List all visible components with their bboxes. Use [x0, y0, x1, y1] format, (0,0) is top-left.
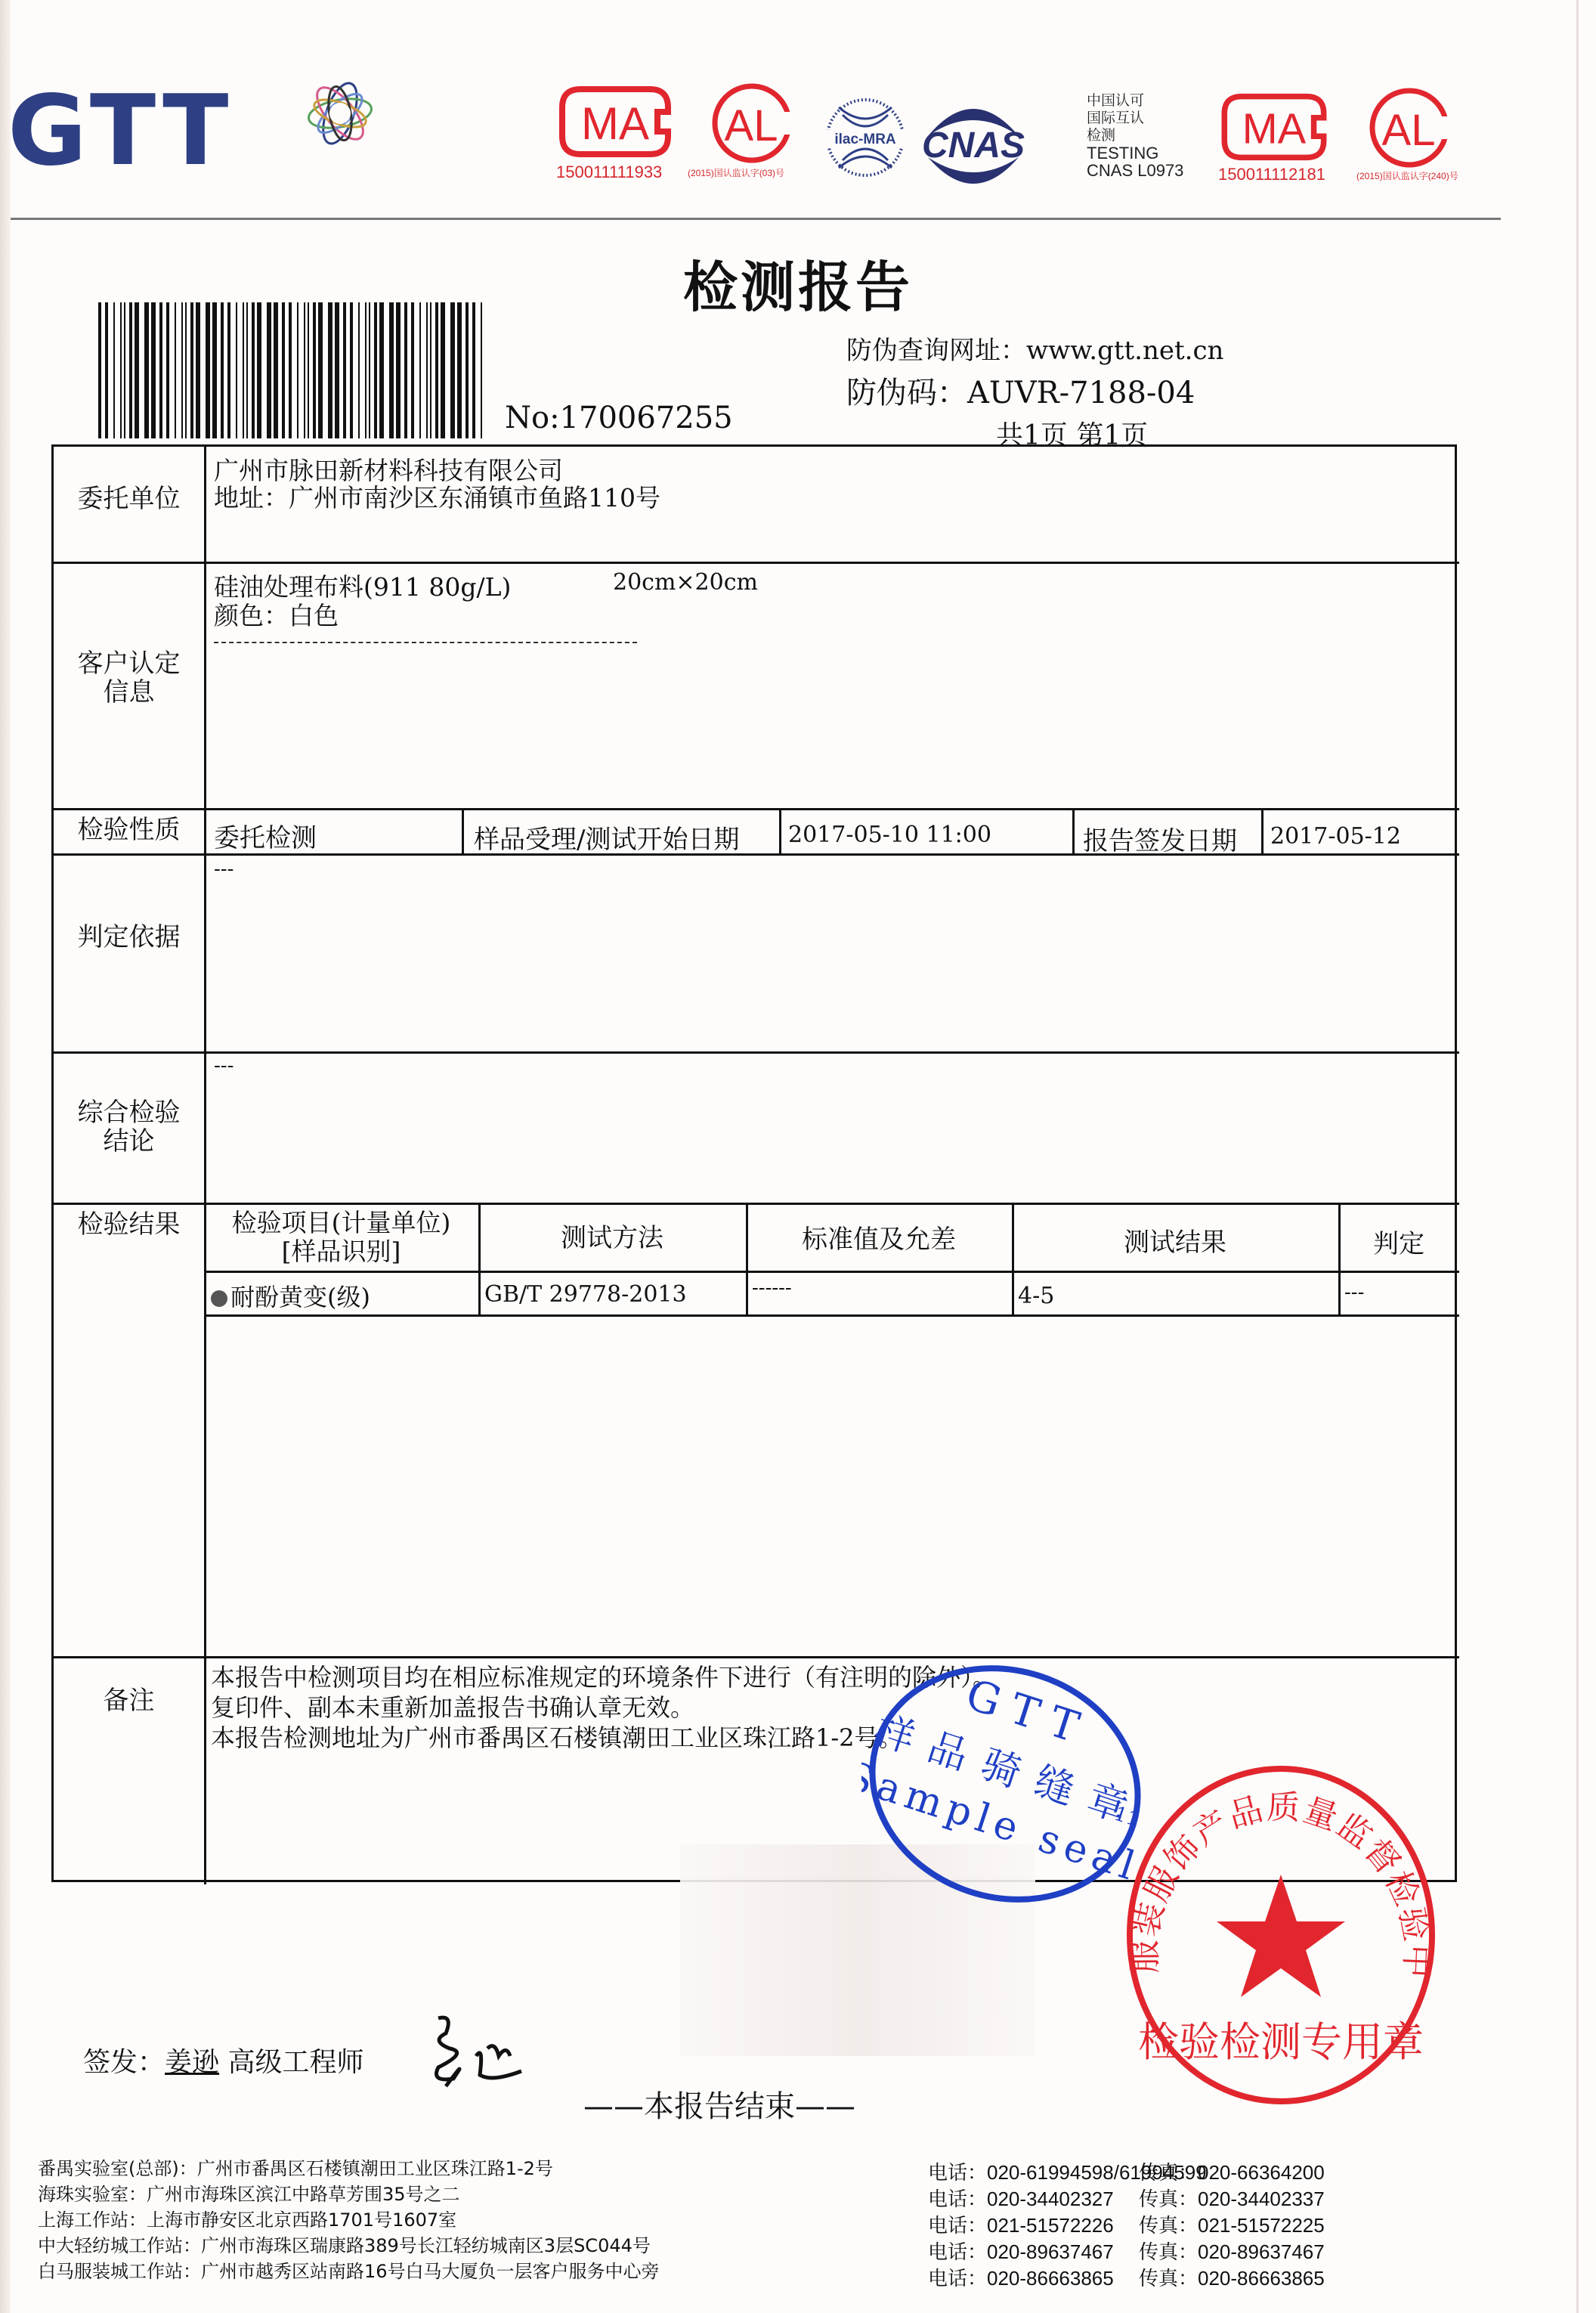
cnas-caption-line: TESTING: [1087, 144, 1183, 162]
sample-size: 20cm×20cm: [613, 569, 758, 596]
divider: [1072, 808, 1075, 855]
col-header-judgement: 判定: [1338, 1230, 1459, 1259]
cnas-caption-line: 检测: [1087, 127, 1183, 144]
col-header-result: 测试结果: [1012, 1228, 1338, 1257]
svg-text:ilac-MRA: ilac-MRA: [834, 132, 896, 147]
header-divider: [11, 218, 1501, 220]
col-header-standard: 标准值及允差: [746, 1225, 1012, 1254]
result-item: 耐酚黄变(级): [211, 1278, 370, 1313]
report-table: 委托单位 广州市脉田新材料科技有限公司 地址：广州市南沙区东涌镇市鱼路110号 …: [51, 444, 1457, 1882]
conclusion-label-line: 结论: [54, 1127, 204, 1156]
cal-logo-icon: AL: [710, 82, 793, 165]
result-standard: ------: [752, 1277, 792, 1299]
footer-address: 中大轻纺城工作站：广州市海珠区瑞康路389号长江轻纺城南区3层SC044号: [38, 2233, 660, 2259]
svg-text:MA: MA: [1242, 105, 1307, 153]
cal-note: (2015)国认监认字(240)号: [1356, 169, 1458, 182]
client-address: 地址：广州市南沙区东涌镇市鱼路110号: [214, 478, 660, 514]
footer-address: 上海工作站：上海市静安区北京西路1701号1607室: [38, 2207, 660, 2233]
footer-address: 白马服装城工作站：广州市越秀区站南路16号白马大厦负一层客户服务中心旁: [38, 2259, 660, 2284]
signer-name: 姜逊: [165, 2047, 219, 2078]
cnas-caption-line: CNAS L0973: [1087, 162, 1183, 179]
divider: [54, 1203, 1459, 1205]
svg-text:MA: MA: [581, 98, 649, 149]
ilac-mra-logo-icon: ilac-MRA: [824, 85, 907, 190]
conclusion-value: ---: [214, 1054, 234, 1077]
svg-text:AL: AL: [1382, 106, 1436, 155]
result-item-text: 耐酚黄变(级): [230, 1283, 370, 1311]
sample-color: 颜色：白色: [214, 596, 339, 632]
conclusion-label: 综合检验 结论: [54, 1098, 204, 1156]
start-date-label: 样品受理/测试开始日期: [474, 819, 739, 856]
sample-seal-stamp: GTT 样品骑缝章 11 Sample seal: [861, 1655, 1149, 1912]
divider: [779, 808, 781, 855]
divider: [54, 562, 1459, 564]
gtt-logo-text: GTT: [8, 83, 233, 180]
divider: [54, 808, 1459, 810]
footer-address: 番禺实验室(总部)：广州市番禺区石楼镇潮田工业区珠江路1-2号: [38, 2156, 660, 2181]
cma-number: 150011112181: [1218, 165, 1325, 184]
verify-url: 防伪查询网址：www.gtt.net.cn: [846, 330, 1223, 367]
report-end-mark: ——本报告结束——: [583, 2082, 855, 2126]
divider: [478, 1203, 481, 1314]
conclusion-label-line: 综合检验: [54, 1098, 204, 1127]
footer-fax: 传真：020-34402337: [1139, 2186, 1325, 2212]
start-date-value: 2017-05-10 11:00: [788, 822, 991, 848]
result-value: 4-5: [1018, 1283, 1054, 1309]
divider: [462, 808, 464, 855]
divider: [1338, 1203, 1341, 1314]
dashed-separator: [214, 642, 637, 643]
signoff-prefix: 签发：: [83, 2047, 165, 2078]
divider: [204, 1314, 1459, 1317]
divider: [746, 1203, 748, 1314]
result-judgement: ---: [1344, 1281, 1364, 1304]
footer-fax: 传真：021-51572225: [1139, 2212, 1325, 2239]
divider: [54, 1051, 1459, 1054]
issue-date-value: 2017-05-12: [1270, 823, 1401, 850]
footer-fax: 传真：020-86663865: [1139, 2265, 1325, 2292]
cma-logo-icon: MA: [558, 85, 673, 159]
svg-text:CNAS: CNAS: [922, 125, 1025, 166]
divider: [1012, 1203, 1014, 1314]
footer-faxes: 传真：020-66364200 传真：020-34402337 传真：021-5…: [1139, 2160, 1325, 2292]
paper-edge: [1576, 0, 1579, 2313]
sample-info-label-line: 客户认定: [54, 649, 204, 678]
basis-value: ---: [214, 858, 234, 881]
cnas-caption: 中国认可 国际互认 检测 TESTING CNAS L0973: [1087, 92, 1183, 179]
result-method: GB/T 29778-2013: [484, 1281, 687, 1308]
divider: [54, 1656, 1459, 1658]
cnas-logo-icon: CNAS: [913, 97, 1034, 195]
report-number: No:170067255: [505, 401, 733, 435]
signer-title: 高级工程师: [227, 2047, 363, 2078]
issue-date-label: 报告签发日期: [1083, 820, 1237, 857]
cal-note: (2015)国认监认字(03)号: [688, 166, 784, 179]
cma-logo-icon: MA: [1217, 92, 1332, 162]
signoff: 签发：姜逊 高级工程师: [83, 2041, 364, 2079]
results-label: 检验结果: [54, 1210, 204, 1239]
sample-info-label: 客户认定 信息: [54, 649, 204, 707]
col-header-item-line: [样品识别]: [204, 1237, 478, 1266]
barcode-icon: [98, 302, 491, 438]
bullet-icon: [211, 1290, 227, 1307]
footer-fax: 传真：020-66364200: [1139, 2160, 1325, 2186]
sample-info-label-line: 信息: [54, 678, 204, 707]
client-label: 委托单位: [54, 485, 204, 513]
divider: [204, 447, 206, 1884]
divider: [1261, 808, 1263, 855]
footer-addresses: 番禺实验室(总部)：广州市番禺区石楼镇潮田工业区珠江路1-2号 海珠实验室：广州…: [38, 2156, 660, 2284]
gtt-swirl-icon: [302, 76, 378, 151]
paper-edge: [0, 0, 11, 2313]
remarks-label: 备注: [54, 1686, 204, 1715]
test-nature-value: 委托检测: [214, 817, 317, 854]
cnas-caption-line: 中国认可: [1087, 92, 1183, 110]
svg-text:AL: AL: [725, 101, 778, 150]
official-seal-stamp: 国家纺织服装服饰产品质量监督检验中心(广州) 检验检测专用章: [1118, 1761, 1443, 2109]
svg-text:检验检测专用章: 检验检测专用章: [1138, 2018, 1424, 2066]
cma-number: 150011111933: [556, 163, 662, 182]
handwritten-signature: [423, 2011, 529, 2094]
col-header-method: 测试方法: [478, 1224, 746, 1252]
verify-code: 防伪码：AUVR-7188-04: [846, 369, 1195, 412]
col-header-item: 检验项目(计量单位) [样品识别]: [204, 1209, 478, 1266]
col-header-item-line: 检验项目(计量单位): [204, 1209, 478, 1237]
footer-address: 海珠实验室：广州市海珠区滨江中路草芳围35号之二: [38, 2181, 660, 2207]
cal-logo-icon: AL: [1368, 86, 1451, 169]
basis-label: 判定依据: [54, 923, 204, 952]
test-nature-label: 检验性质: [54, 816, 204, 844]
divider: [204, 1271, 1459, 1273]
footer-fax: 传真：020-89637467: [1139, 2239, 1325, 2265]
cnas-caption-line: 国际互认: [1087, 110, 1183, 127]
